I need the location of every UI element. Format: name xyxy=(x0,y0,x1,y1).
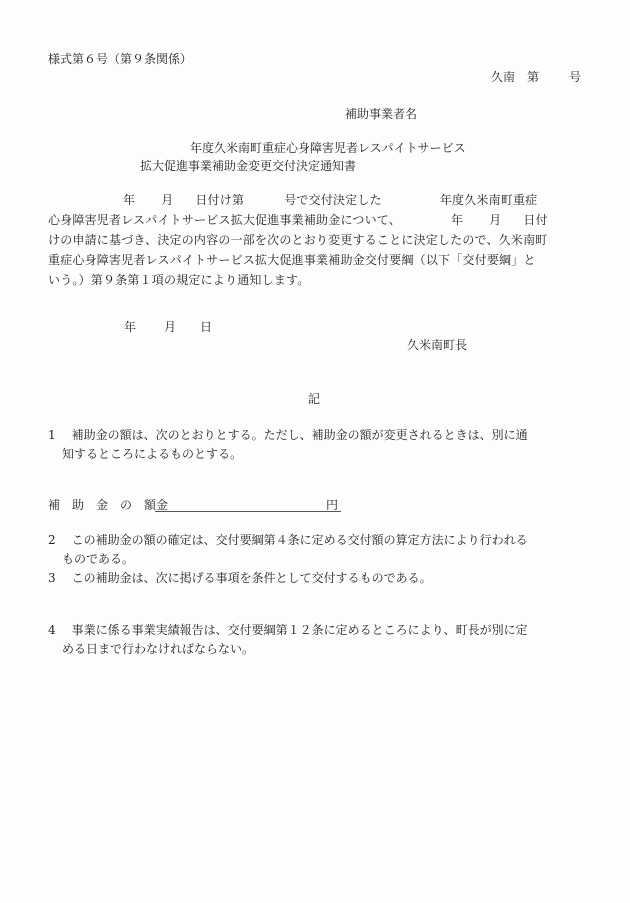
item-text: 補助金の額は、次のとおりとする。ただし、補助金の額が変更されるときは、別に通 xyxy=(72,428,528,442)
doc-number-go: 号 xyxy=(569,70,581,84)
item-text: この補助金は、次に掲げる事項を条件として交付するものである。 xyxy=(72,571,432,585)
date-year: 年 xyxy=(124,320,136,334)
blank-month: 月 xyxy=(161,193,173,207)
blank-year-2: 年 xyxy=(451,213,463,227)
amount-label: 補 助 金 の 額 xyxy=(48,498,156,512)
item-text-continued: ものである。 xyxy=(48,550,582,569)
date-month: 月 xyxy=(164,320,176,334)
body-line-5: いう。）第９条第１項の規定により通知します。 xyxy=(48,270,582,290)
body-line-4: 重症心身障害児者レスパイトサービス拡大促進事業補助金交付要綱（以下「交付要綱」と xyxy=(48,250,582,270)
doc-number-prefix: 久南 xyxy=(491,70,515,84)
amount-kin: 金 xyxy=(156,498,168,512)
amount-yen: 円 xyxy=(326,498,338,512)
item-text: 事業に係る事業実績報告は、交付要綱第１２条に定めるところにより、町長が別に定 xyxy=(72,623,528,637)
blank-day-number: 日付け第 xyxy=(195,193,244,207)
blank-year: 年 xyxy=(123,193,135,207)
item-number: 3 xyxy=(48,571,56,585)
item-number: 4 xyxy=(48,623,56,637)
issue-date: 年月日 xyxy=(124,320,212,334)
decision-text: 号で交付決定した xyxy=(284,193,382,207)
body-line-1: 年月日付け第号で交付決定した年度久米南町重症 xyxy=(48,190,582,210)
body-line-2: 心身障害児者レスパイトサービス拡大促進事業補助金について、年月日付 xyxy=(48,210,582,230)
form-label: 様式第６号（第９条関係） xyxy=(48,52,192,66)
item-3: 3この補助金は、次に掲げる事項を条件として交付するものである。 xyxy=(48,569,582,588)
blank-day-2: 日付 xyxy=(523,213,547,227)
item-1: 1補助金の額は、次のとおりとする。ただし、補助金の額が変更されるときは、別に通 … xyxy=(48,426,582,464)
body-paragraph: 年月日付け第号で交付決定した年度久米南町重症 心身障害児者レスパイトサービス拡大… xyxy=(48,190,582,290)
item-2: 2この補助金の額の確定は、交付要綱第４条に定める交付額の算定方法により行われる … xyxy=(48,531,582,569)
recipient-label: 補助事業者名 xyxy=(345,107,417,121)
body-line-3: けの申請に基づき、決定の内容の一部を次のとおり変更することに決定したので、久米南… xyxy=(48,230,582,250)
item-text: この補助金の額の確定は、交付要綱第４条に定める交付額の算定方法により行われる xyxy=(72,533,528,547)
doc-number-dai: 第 xyxy=(527,70,539,84)
amount-underline xyxy=(155,511,341,512)
document-number: 久南第号 xyxy=(491,70,581,84)
item-number: 2 xyxy=(48,533,56,547)
body-line-2-head: 心身障害児者レスパイトサービス拡大促進事業補助金について、 xyxy=(48,213,401,227)
fiscal-year-text: 年度久米南町重症 xyxy=(440,193,538,207)
date-day: 日 xyxy=(200,320,212,334)
title-line-2: 拡大促進事業補助金変更交付決定通知書 xyxy=(140,159,356,173)
item-4: 4事業に係る事業実績報告は、交付要綱第１２条に定めるところにより、町長が別に定 … xyxy=(48,621,582,659)
blank-month-2: 月 xyxy=(489,213,501,227)
issuer: 久米南町長 xyxy=(407,338,467,352)
title-line-1: 年度久米南町重症心身障害児者レスパイトサービス xyxy=(190,141,466,155)
subsidy-amount: 補 助 金 の 額金円 xyxy=(48,498,338,512)
item-text-continued: める日まで行わなければならない。 xyxy=(48,640,582,659)
item-number: 1 xyxy=(48,428,56,442)
ki-heading: 記 xyxy=(308,392,320,406)
item-text-continued: 知するところによるものとする。 xyxy=(48,445,582,464)
